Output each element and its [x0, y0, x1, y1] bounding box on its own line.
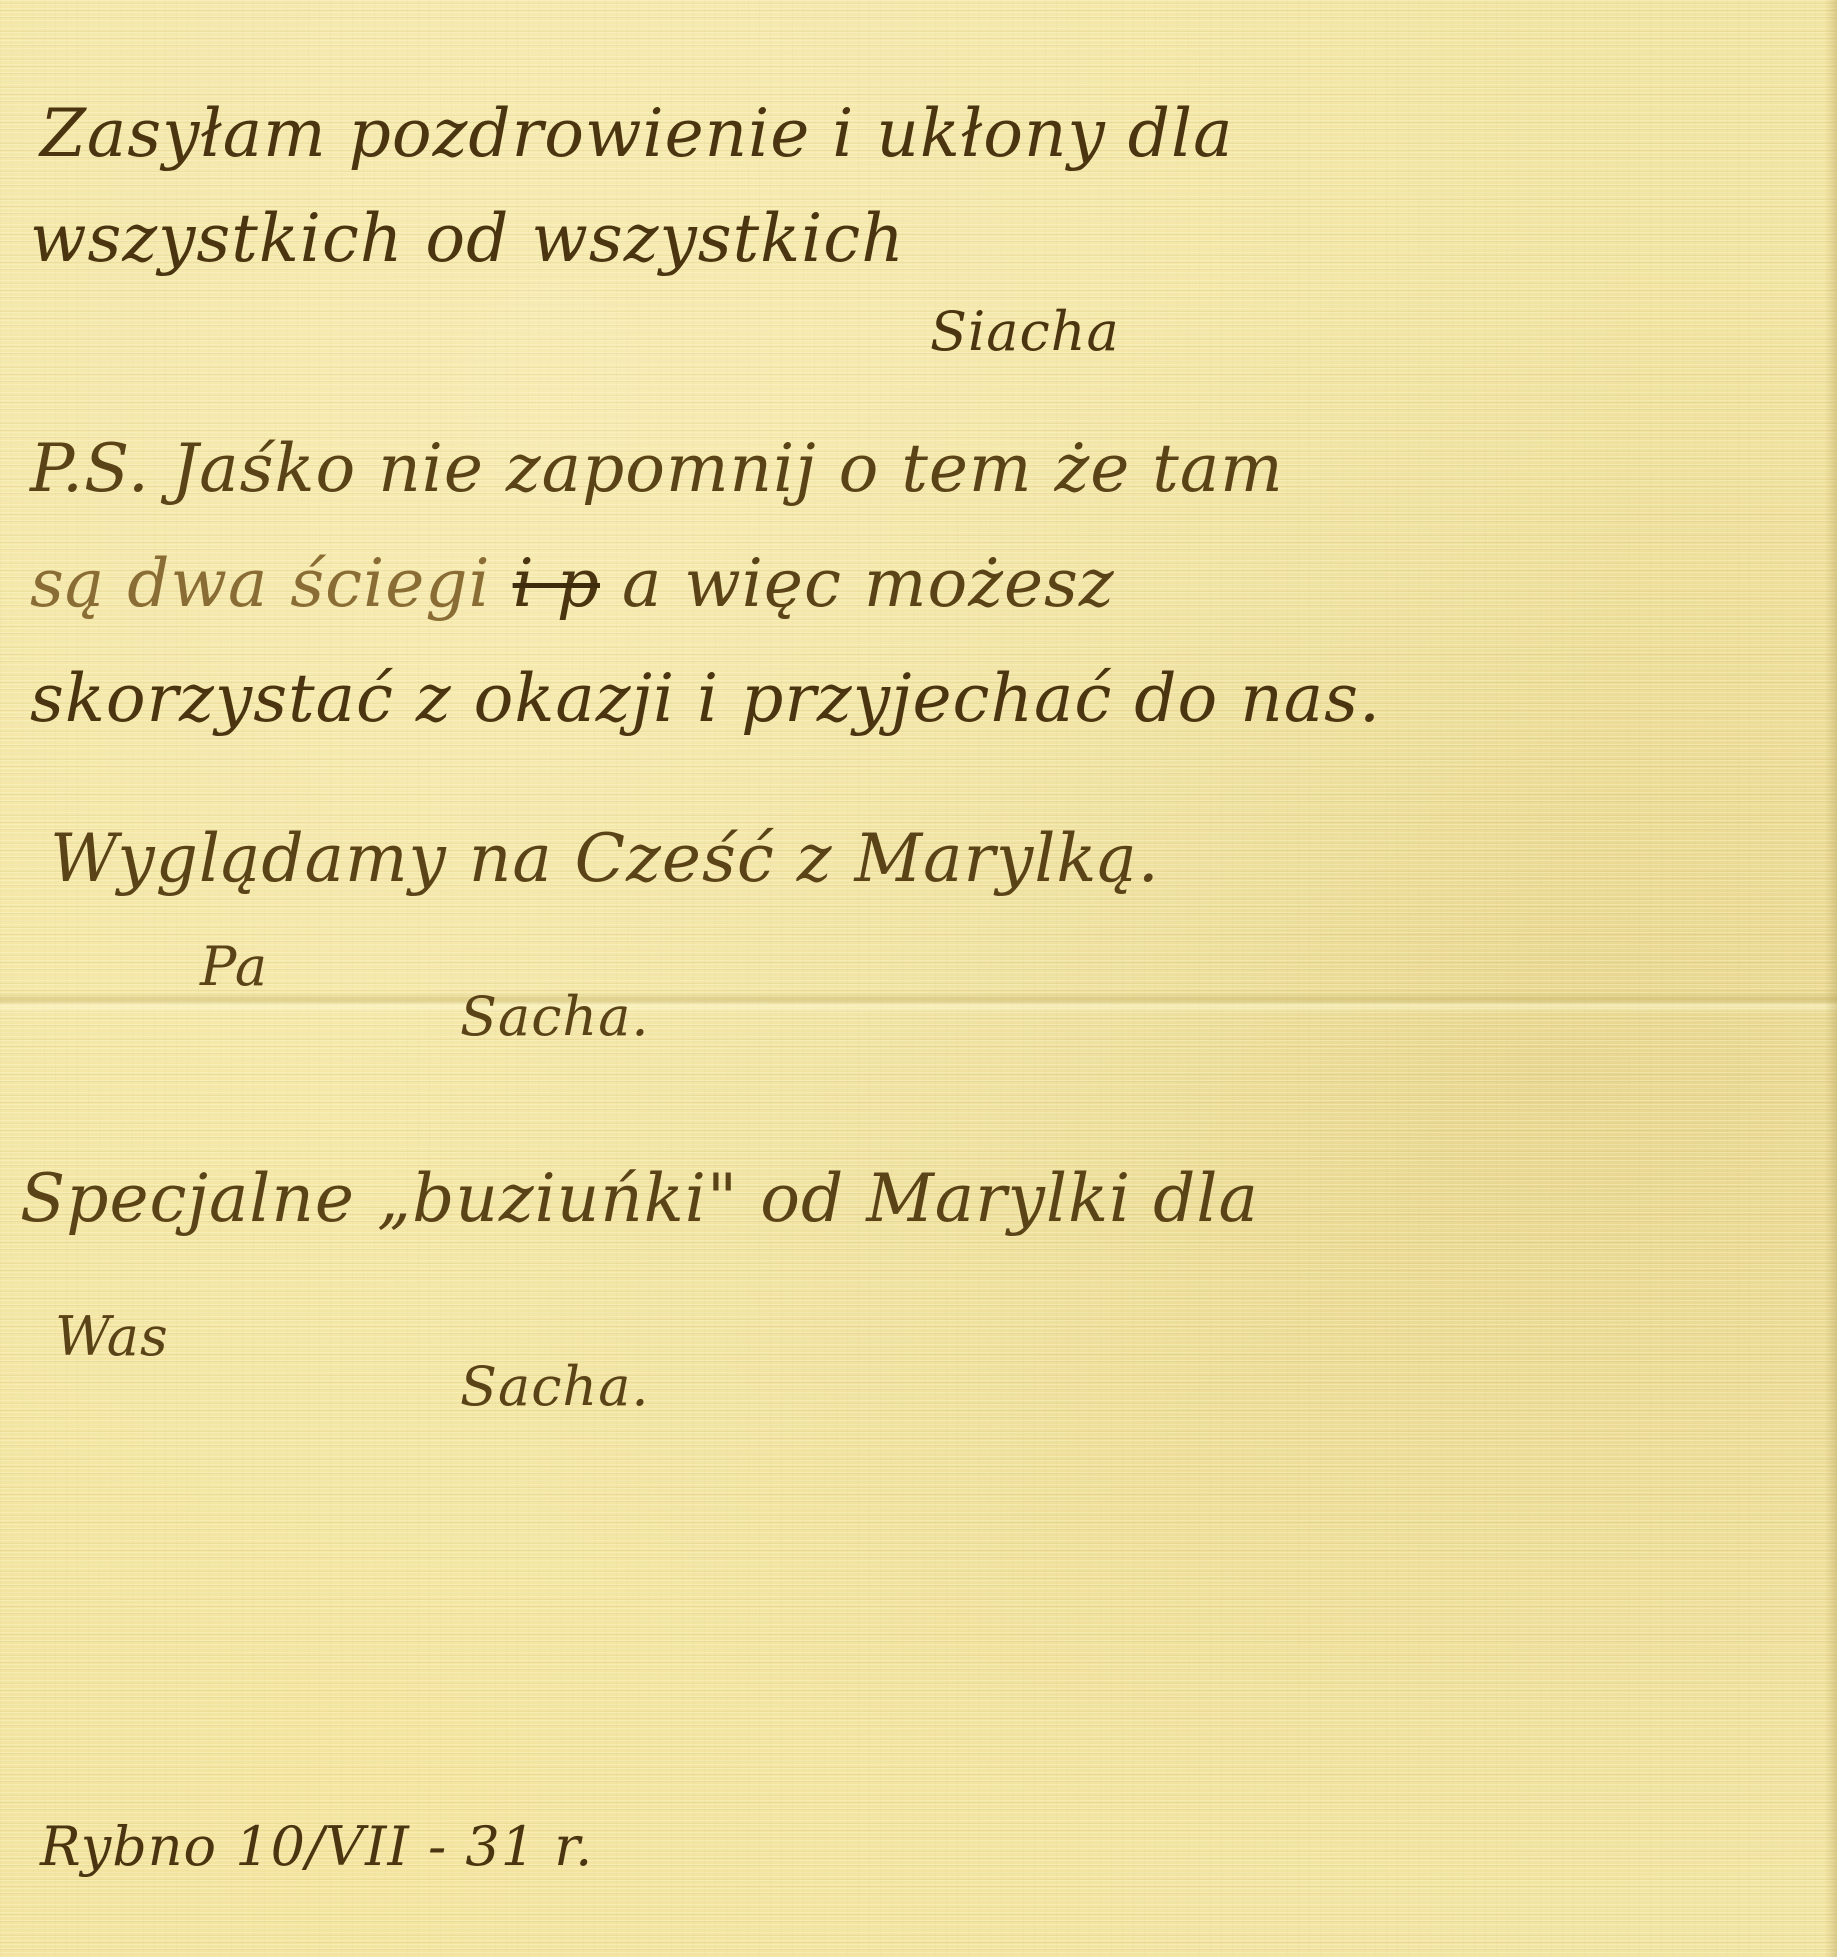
ps-line-2-before: są dwa ściegi: [30, 545, 491, 622]
ps-line-1: P.S. Jaśko nie zapomnij o tem że tam: [30, 430, 1284, 507]
paper-fold: [0, 992, 1837, 1014]
signature-3: Sacha.: [460, 1355, 650, 1418]
greeting-line-1: Zasyłam pozdrowienie i ukłony dla: [40, 95, 1233, 172]
signature-1: Siacha: [930, 300, 1120, 363]
ps-line-2-after: a więc możesz: [622, 545, 1115, 622]
paper-edge: [1825, 0, 1837, 1957]
ps-line-2-struck: i p: [513, 545, 600, 622]
ps-line-3: skorzystać z okazji i przyjechać do nas.: [30, 660, 1381, 737]
letter-paper: Zasyłam pozdrowienie i ukłony dla wszyst…: [0, 0, 1837, 1957]
special-line-1: Specjalne „buziuńki" od Marylki dla: [20, 1160, 1259, 1237]
greeting-line-2: wszystkich od wszystkich: [30, 200, 905, 277]
signature-2: Sacha.: [460, 985, 650, 1048]
ps-line-4: Wyglądamy na Cześć z Marylką.: [50, 820, 1160, 897]
pa-text: Pa: [200, 935, 268, 998]
ps-line-2: są dwa ściegi i p a więc możesz: [30, 545, 1115, 622]
special-line-2: Was: [55, 1305, 169, 1368]
place-date: Rybno 10/VII - 31 r.: [40, 1815, 593, 1878]
